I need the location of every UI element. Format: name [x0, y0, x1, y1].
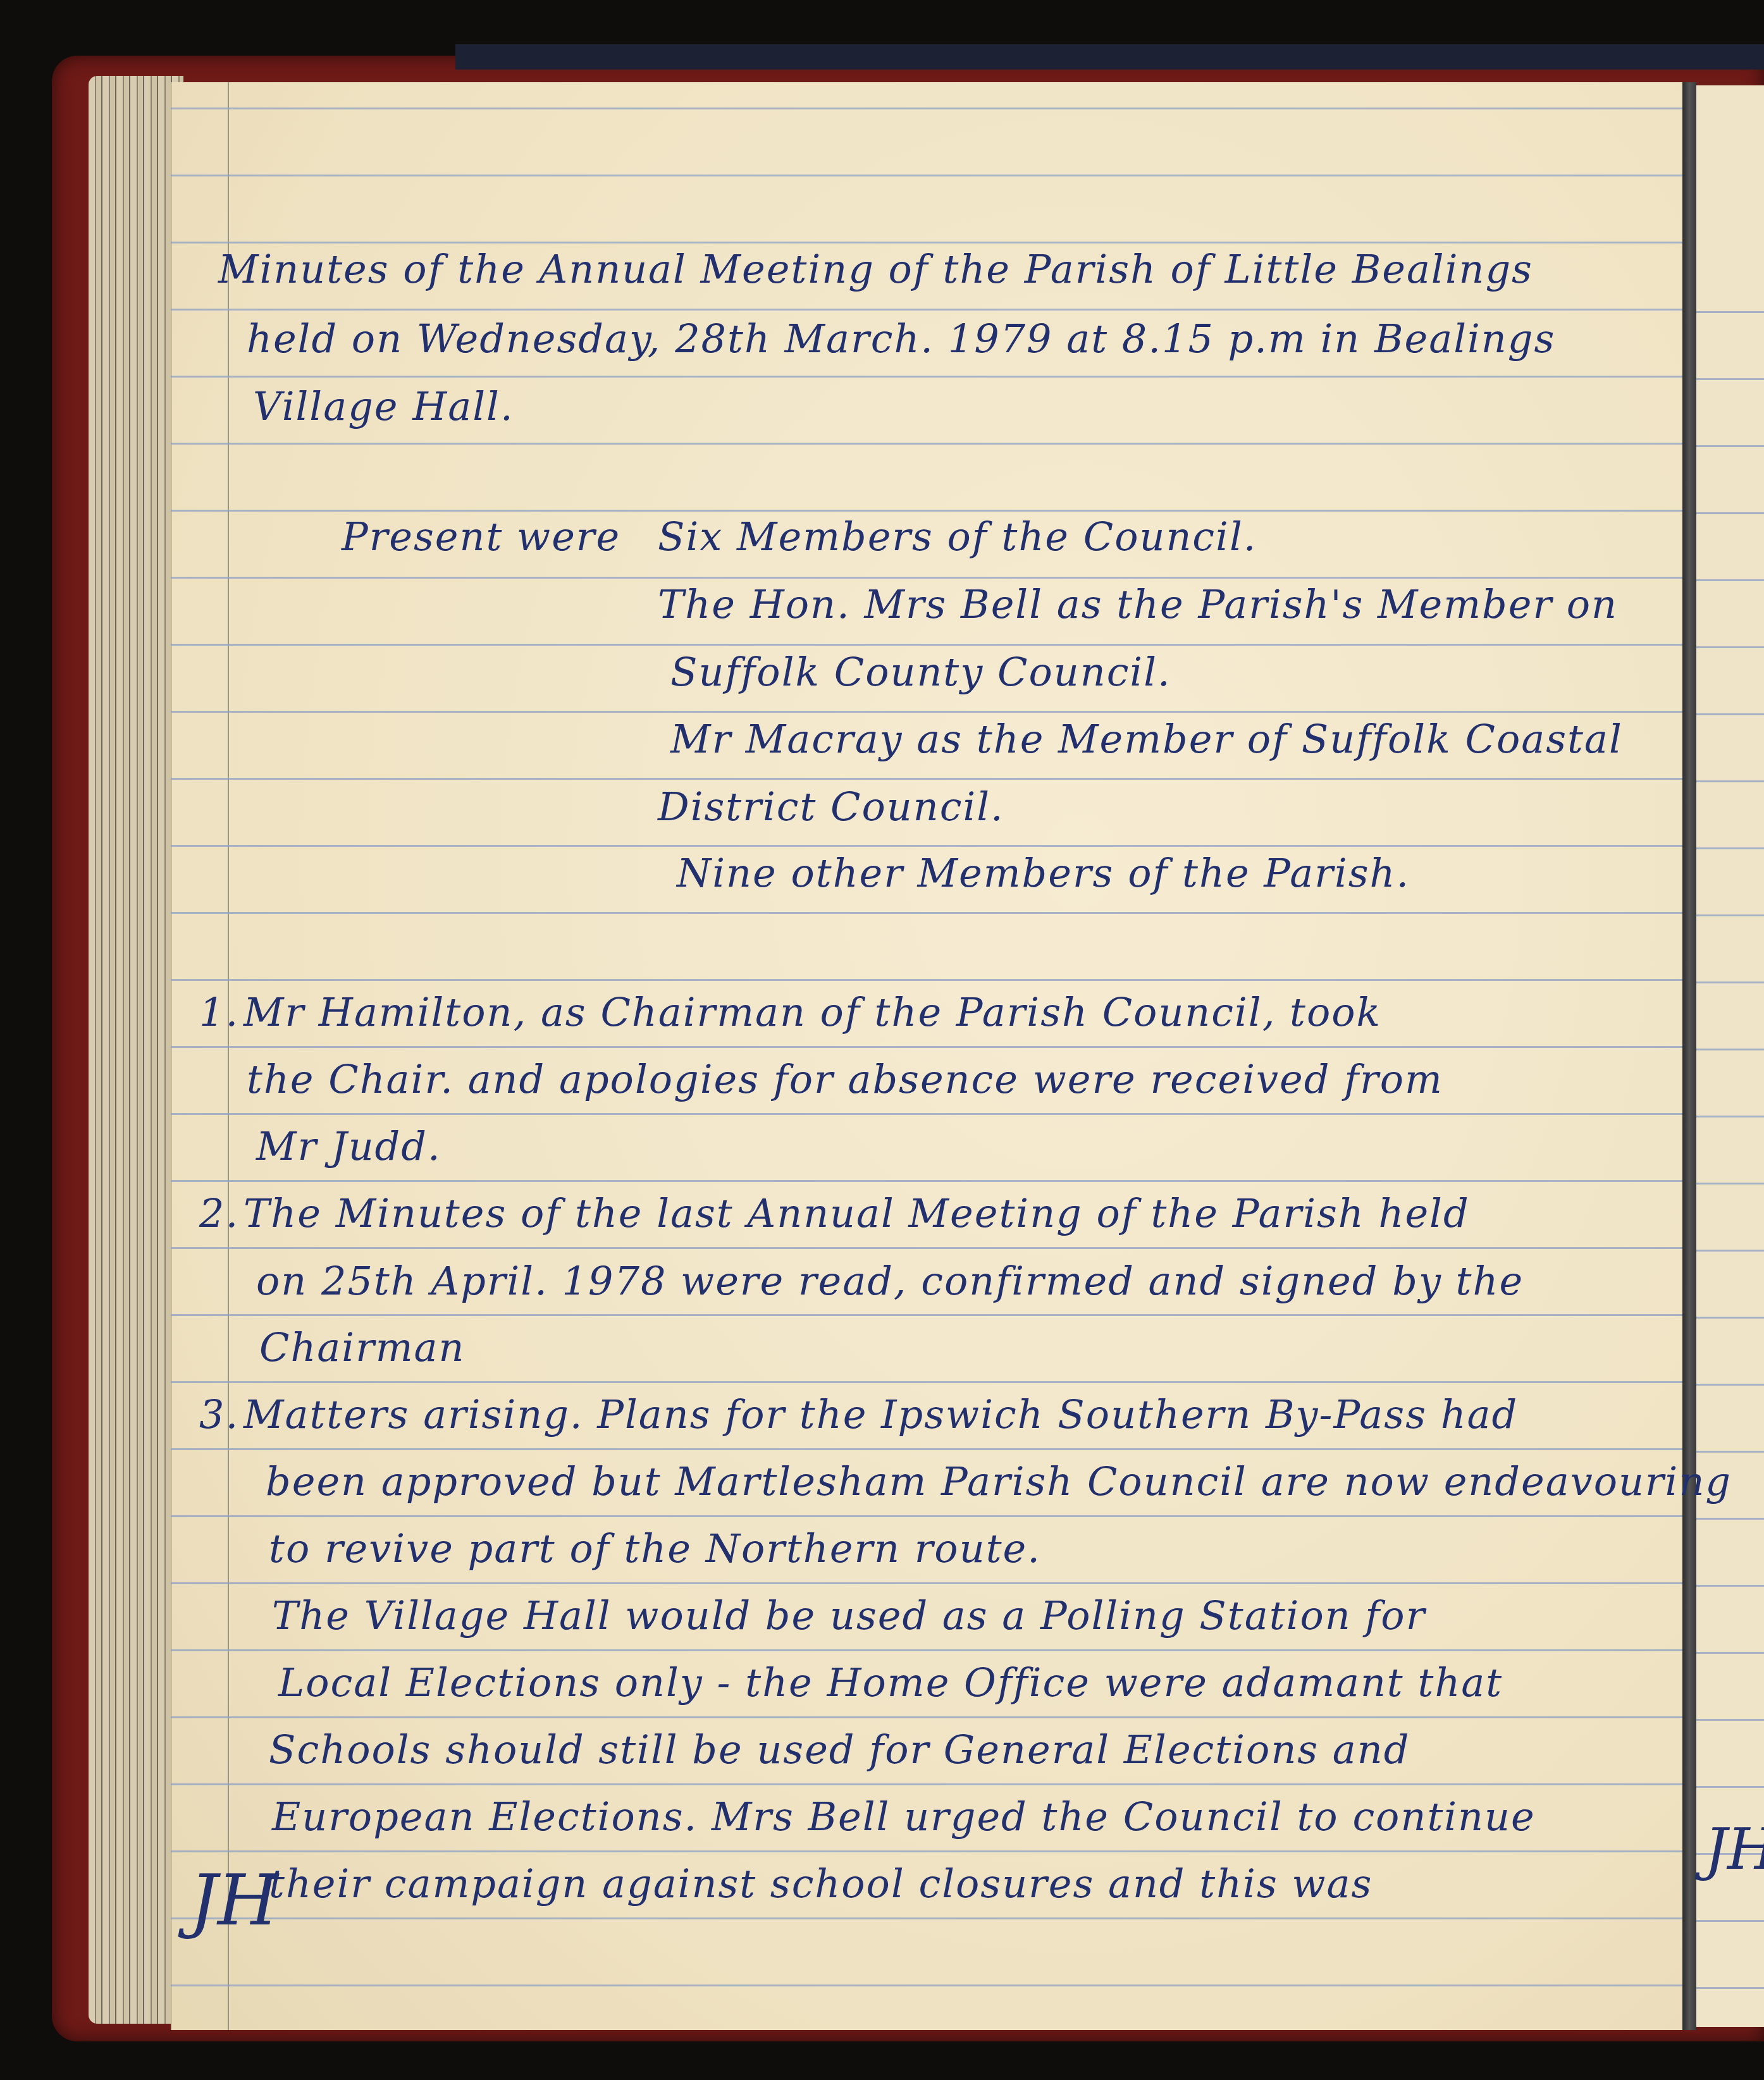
- attendance-line-6: Nine other Members of the Parish.: [677, 854, 1410, 893]
- ruled-line-right-page: [1696, 1317, 1764, 1319]
- item-2-line-3: Chairman: [259, 1328, 466, 1367]
- item-3-line-4: The Village Hall would be used as a Poll…: [272, 1596, 1426, 1635]
- book-gutter: [1682, 82, 1696, 2030]
- ruled-line-right-page: [1696, 1786, 1764, 1788]
- ruled-line-right-page: [1696, 445, 1764, 447]
- ruled-line-right-page: [1696, 914, 1764, 916]
- ruled-line: [171, 175, 1682, 176]
- ruled-line-right-page: [1696, 1585, 1764, 1587]
- heading-line-2: held on Wednesday, 28th March. 1979 at 8…: [247, 319, 1555, 359]
- ruled-line: [171, 1649, 1682, 1651]
- ruled-line-right-page: [1696, 1250, 1764, 1252]
- ruled-line: [171, 1113, 1682, 1115]
- ruled-line: [171, 1046, 1682, 1048]
- page-edges: [89, 76, 183, 2024]
- ruled-line-right-page: [1696, 646, 1764, 648]
- item-3-number: 3.: [199, 1395, 239, 1434]
- ruled-line-right-page: [1696, 982, 1764, 983]
- ruled-line: [171, 1582, 1682, 1584]
- attendance-line-3: Suffolk County Council.: [670, 653, 1171, 692]
- ruled-line: [171, 1850, 1682, 1852]
- item-2-line-2: on 25th April. 1978 were read, confirmed…: [256, 1262, 1524, 1301]
- item-3-line-7: European Elections. Mrs Bell urged the C…: [272, 1797, 1536, 1837]
- ruled-line: [171, 1247, 1682, 1249]
- item-2-line-1: The Minutes of the last Annual Meeting o…: [244, 1194, 1470, 1233]
- ruled-line: [171, 577, 1682, 579]
- ruled-line-right-page: [1696, 579, 1764, 581]
- ruled-line-right-page: [1696, 311, 1764, 313]
- ruled-line: [171, 309, 1682, 311]
- ruled-line: [171, 1985, 1682, 1986]
- ruled-line: [171, 1314, 1682, 1316]
- ruled-line-right-page: [1696, 1451, 1764, 1453]
- ruled-line: [171, 376, 1682, 378]
- ruled-line-right-page: [1696, 1116, 1764, 1117]
- ruled-line: [171, 443, 1682, 445]
- margin-initials-left: JH: [190, 1866, 278, 1935]
- ruled-line: [171, 242, 1682, 243]
- ruled-line-right-page: [1696, 1652, 1764, 1654]
- item-2-number: 2.: [199, 1194, 239, 1233]
- ruled-line-right-page: [1696, 713, 1764, 715]
- ruled-line-right-page: [1696, 512, 1764, 514]
- right-page: [1696, 85, 1764, 2027]
- ruled-line-right-page: [1696, 1987, 1764, 1989]
- ruled-line: [171, 845, 1682, 847]
- item-1-line-1: Mr Hamilton, as Chairman of the Parish C…: [244, 993, 1381, 1032]
- item-1-line-3: Mr Judd.: [256, 1127, 441, 1166]
- attendance-line-5: District Council.: [658, 787, 1004, 827]
- margin-initials-right: JH: [1705, 1821, 1764, 1878]
- ruled-line: [171, 108, 1682, 109]
- ruled-line: [171, 510, 1682, 512]
- ruled-line-right-page: [1696, 1183, 1764, 1185]
- ruled-line: [171, 1716, 1682, 1718]
- ruled-line-right-page: [1696, 780, 1764, 782]
- ruled-line-right-page: [1696, 1518, 1764, 1520]
- item-1-number: 1.: [199, 993, 239, 1032]
- item-3-line-8: their campaign against school closures a…: [269, 1864, 1372, 1904]
- attendance-label: Present were: [342, 517, 620, 557]
- ruled-line-right-page: [1696, 1719, 1764, 1721]
- ruled-line: [171, 711, 1682, 713]
- attendance-line-1: Six Members of the Council.: [658, 517, 1257, 557]
- ruled-line-right-page: [1696, 1384, 1764, 1386]
- ruled-line: [171, 979, 1682, 981]
- item-3-line-1: Matters arising. Plans for the Ipswich S…: [244, 1395, 1518, 1434]
- attendance-line-2: The Hon. Mrs Bell as the Parish's Member…: [658, 585, 1618, 624]
- ruled-line: [171, 1917, 1682, 1919]
- item-1-line-2: the Chair. and apologies for absence wer…: [247, 1060, 1443, 1099]
- ruled-line: [171, 912, 1682, 914]
- ruled-line: [171, 1180, 1682, 1182]
- ruled-line-right-page: [1696, 847, 1764, 849]
- item-3-line-3: to revive part of the Northern route.: [269, 1529, 1041, 1568]
- book-spine-cloth: [455, 44, 1764, 70]
- ruled-line: [171, 1783, 1682, 1785]
- ruled-line: [171, 1381, 1682, 1383]
- heading-line-3: Village Hall.: [253, 387, 514, 426]
- ruled-line-right-page: [1696, 378, 1764, 380]
- item-3-line-6: Schools should still be used for General…: [269, 1730, 1410, 1769]
- pencil-margin-line: [228, 82, 229, 2030]
- ruled-line: [171, 1515, 1682, 1517]
- heading-line-1: Minutes of the Annual Meeting of the Par…: [218, 250, 1533, 289]
- item-3-line-2: been approved but Martlesham Parish Coun…: [266, 1462, 1732, 1501]
- ruled-line: [171, 644, 1682, 646]
- ruled-line: [171, 1448, 1682, 1450]
- attendance-line-4: Mr Macray as the Member of Suffolk Coast…: [670, 720, 1623, 759]
- ruled-line-right-page: [1696, 1049, 1764, 1050]
- ruled-line-right-page: [1696, 1920, 1764, 1922]
- ruled-line: [171, 778, 1682, 780]
- item-3-line-5: Local Elections only - the Home Office w…: [278, 1663, 1503, 1702]
